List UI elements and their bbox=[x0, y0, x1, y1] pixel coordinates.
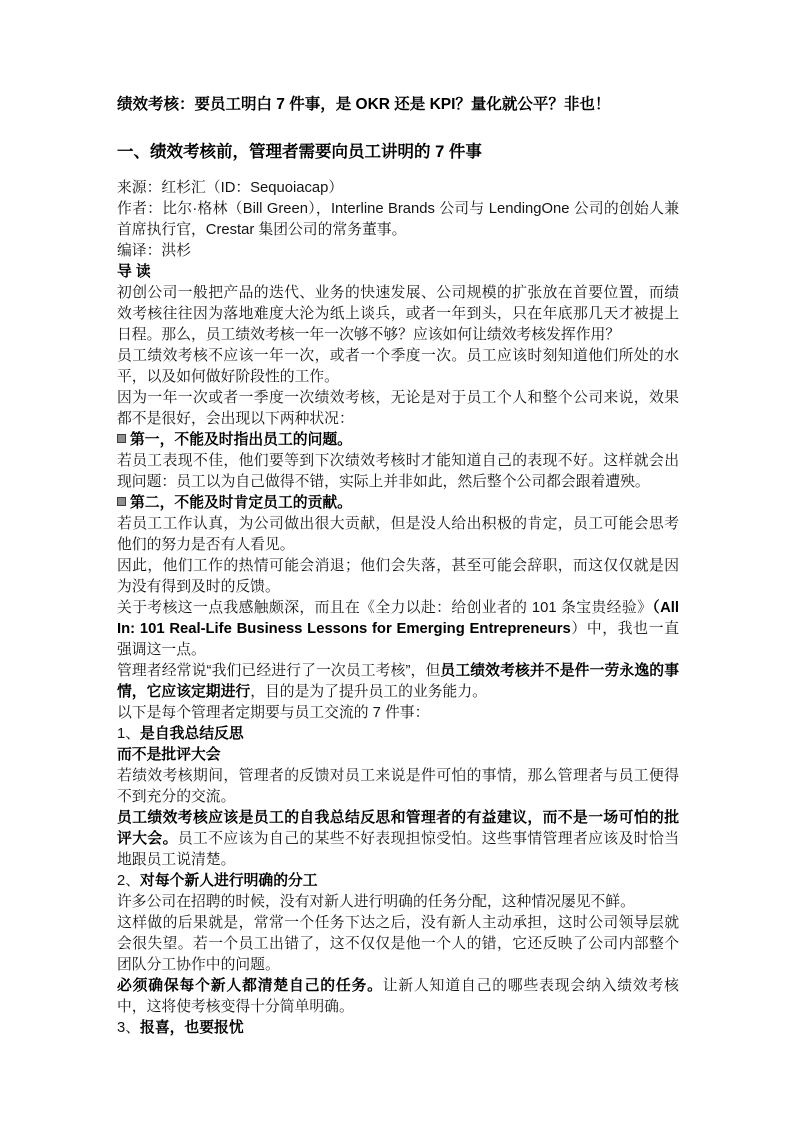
text-run: 是自我总结反思 bbox=[140, 726, 244, 742]
doc-title: 绩效考核：要员工明白 7 件事，是 OKR 还是 KPI？量化就公平？非也！ bbox=[117, 94, 679, 116]
text-run: 这样做的后果就是，常常一个任务下达之后，没有新人主动承担，这时公司领导层就会很失… bbox=[117, 915, 679, 973]
text-run: 员工绩效考核不应该一年一次，或者一个季度一次。员工应该时刻知道他们所处的水平，以… bbox=[117, 348, 679, 385]
paragraph: 因此，他们工作的热情可能会消退；他们会失落，甚至可能会辞职，而这仅仅就是因为没有… bbox=[117, 556, 679, 598]
text-run: 报喜，也要报忧 bbox=[140, 1020, 244, 1036]
document-page: 绩效考核：要员工明白 7 件事，是 OKR 还是 KPI？量化就公平？非也！ 一… bbox=[0, 0, 793, 1122]
paragraph: 若员工表现不佳，他们要等到下次绩效考核时才能知道自己的表现不好。这样就会出现问题… bbox=[117, 451, 679, 493]
text-run: 对每个新人进行明确的分工 bbox=[140, 873, 318, 889]
bullet-point-2: 第二，不能及时肯定员工的贡献。 bbox=[117, 493, 679, 514]
text-run: 必须确保每个新人都清楚自己的任务。 bbox=[117, 978, 383, 994]
text-run: 作者：比尔·格林（Bill Green），Interline Brands 公司… bbox=[117, 201, 679, 238]
paragraph: 员工绩效考核应该是员工的自我总结反思和管理者的有益建议，而不是一场可怕的批评大会… bbox=[117, 808, 679, 871]
text-run: 第二，不能及时肯定员工的贡献。 bbox=[130, 495, 352, 511]
text-run: 管理者经常说“我们已经进行了一次员工考核”，但 bbox=[117, 663, 440, 679]
list-number: 2、 bbox=[117, 873, 140, 889]
meta-source: 来源：红杉汇（ID：Sequoiacap） bbox=[117, 178, 679, 199]
text-run: ，目的是为了提升员工的业务能力。 bbox=[250, 684, 487, 700]
paragraph: 若员工工作认真，为公司做出很大贡献，但是没人给出积极的肯定，员工可能会思考他们的… bbox=[117, 514, 679, 556]
numbered-heading-1-cont: 而不是批评大会 bbox=[117, 745, 679, 766]
text-run: 来源：红杉汇（ID：Sequoiacap） bbox=[117, 180, 343, 196]
text-run: 初创公司一般把产品的迭代、业务的快速发展、公司规模的扩张放在首要位置，而绩效考核… bbox=[117, 285, 679, 343]
text-run: 若绩效考核期间，管理者的反馈对员工来说是件可怕的事情，那么管理者与员工便得不到充… bbox=[117, 768, 679, 805]
text-run: 许多公司在招聘的时候，没有对新人进行明确的任务分配，这种情况屡见不鲜。 bbox=[117, 894, 635, 910]
text-run: 编译：洪杉 bbox=[117, 243, 191, 259]
doc-body: 来源：红杉汇（ID：Sequoiacap）作者：比尔·格林（Bill Green… bbox=[117, 178, 679, 1039]
text-run: 第一，不能及时指出员工的问题。 bbox=[130, 432, 352, 448]
numbered-heading-2: 2、对每个新人进行明确的分工 bbox=[117, 871, 679, 892]
text-run: 因为一年一次或者一季度一次绩效考核，无论是对于员工个人和整个公司来说，效果都不是… bbox=[117, 390, 679, 427]
text-run: 若员工工作认真，为公司做出很大贡献，但是没人给出积极的肯定，员工可能会思考他们的… bbox=[117, 516, 679, 553]
square-bullet-icon bbox=[117, 434, 126, 443]
paragraph: 许多公司在招聘的时候，没有对新人进行明确的任务分配，这种情况屡见不鲜。 bbox=[117, 892, 679, 913]
paragraph: 管理者经常说“我们已经进行了一次员工考核”，但员工绩效考核并不是件一劳永逸的事情… bbox=[117, 661, 679, 703]
section-heading: 一、绩效考核前，管理者需要向员工讲明的 7 件事 bbox=[117, 140, 679, 164]
numbered-heading-1: 1、是自我总结反思 bbox=[117, 724, 679, 745]
text-run: 而不是批评大会 bbox=[117, 747, 221, 763]
lead-label: 导 读 bbox=[117, 262, 679, 283]
paragraph: 因为一年一次或者一季度一次绩效考核，无论是对于员工个人和整个公司来说，效果都不是… bbox=[117, 388, 679, 430]
numbered-heading-3: 3、报喜，也要报忧 bbox=[117, 1018, 679, 1039]
text-run: 若员工表现不佳，他们要等到下次绩效考核时才能知道自己的表现不好。这样就会出现问题… bbox=[117, 453, 679, 490]
paragraph: 关于考核这一点我感触颇深，而且在《全力以赴：给创业者的 101 条宝贵经验》（A… bbox=[117, 598, 679, 661]
paragraph: 这样做的后果就是，常常一个任务下达之后，没有新人主动承担，这时公司领导层就会很失… bbox=[117, 913, 679, 976]
paragraph: 必须确保每个新人都清楚自己的任务。让新人知道自己的哪些表现会纳入绩效考核中，这将… bbox=[117, 976, 679, 1018]
text-run: 因此，他们工作的热情可能会消退；他们会失落，甚至可能会辞职，而这仅仅就是因为没有… bbox=[117, 558, 679, 595]
paragraph: 若绩效考核期间，管理者的反馈对员工来说是件可怕的事情，那么管理者与员工便得不到充… bbox=[117, 766, 679, 808]
paragraph: 员工绩效考核不应该一年一次，或者一个季度一次。员工应该时刻知道他们所处的水平，以… bbox=[117, 346, 679, 388]
list-number: 1、 bbox=[117, 726, 140, 742]
paragraph: 初创公司一般把产品的迭代、业务的快速发展、公司规模的扩张放在首要位置，而绩效考核… bbox=[117, 283, 679, 346]
document-content: 绩效考核：要员工明白 7 件事，是 OKR 还是 KPI？量化就公平？非也！ 一… bbox=[117, 94, 679, 1039]
text-run: 关于考核这一点我感触颇深，而且在《全力以赴：给创业者的 101 条宝贵经验》 bbox=[117, 600, 652, 616]
text-run: 导 读 bbox=[117, 264, 151, 280]
meta-author: 作者：比尔·格林（Bill Green），Interline Brands 公司… bbox=[117, 199, 679, 241]
text-run: 员工不应该为自己的某些不好表现担惊受怕。这些事情管理者应该及时恰当地跟员工说清楚… bbox=[117, 831, 679, 868]
text-run: 以下是每个管理者定期要与员工交流的 7 件事： bbox=[117, 705, 429, 721]
bullet-point-1: 第一，不能及时指出员工的问题。 bbox=[117, 430, 679, 451]
paragraph: 以下是每个管理者定期要与员工交流的 7 件事： bbox=[117, 703, 679, 724]
square-bullet-icon bbox=[117, 497, 126, 506]
list-number: 3、 bbox=[117, 1020, 140, 1036]
meta-translator: 编译：洪杉 bbox=[117, 241, 679, 262]
